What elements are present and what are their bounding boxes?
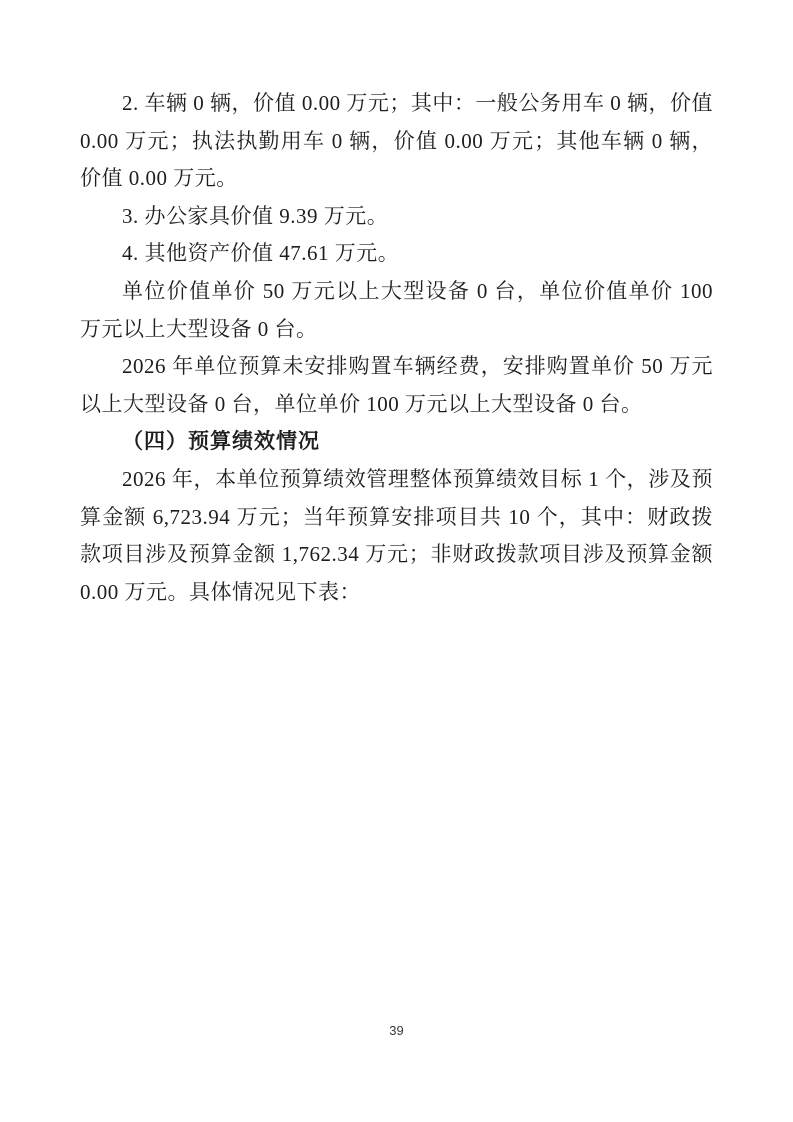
document-page: 2. 车辆 0 辆，价值 0.00 万元；其中：一般公务用车 0 辆，价值 0.… — [0, 0, 793, 1122]
page-footer: 39 — [0, 1022, 793, 1040]
document-body: 2. 车辆 0 辆，价值 0.00 万元；其中：一般公务用车 0 辆，价值 0.… — [80, 85, 713, 611]
body-paragraph-vehicles: 2. 车辆 0 辆，价值 0.00 万元；其中：一般公务用车 0 辆，价值 0.… — [80, 85, 713, 198]
body-paragraph-large-equipment: 单位价值单价 50 万元以上大型设备 0 台，单位价值单价 100 万元以上大型… — [80, 273, 713, 348]
body-paragraph-vehicle-budget: 2026 年单位预算未安排购置车辆经费，安排购置单价 50 万元以上大型设备 0… — [80, 348, 713, 423]
page-number: 39 — [389, 1023, 403, 1038]
body-paragraph-other-assets: 4. 其他资产价值 47.61 万元。 — [80, 235, 713, 273]
body-paragraph-performance-targets: 2026 年，本单位预算绩效管理整体预算绩效目标 1 个，涉及预算金额 6,72… — [80, 461, 713, 611]
body-paragraph-office-furniture: 3. 办公家具价值 9.39 万元。 — [80, 198, 713, 236]
section-heading-budget-performance: （四）预算绩效情况 — [80, 423, 713, 461]
